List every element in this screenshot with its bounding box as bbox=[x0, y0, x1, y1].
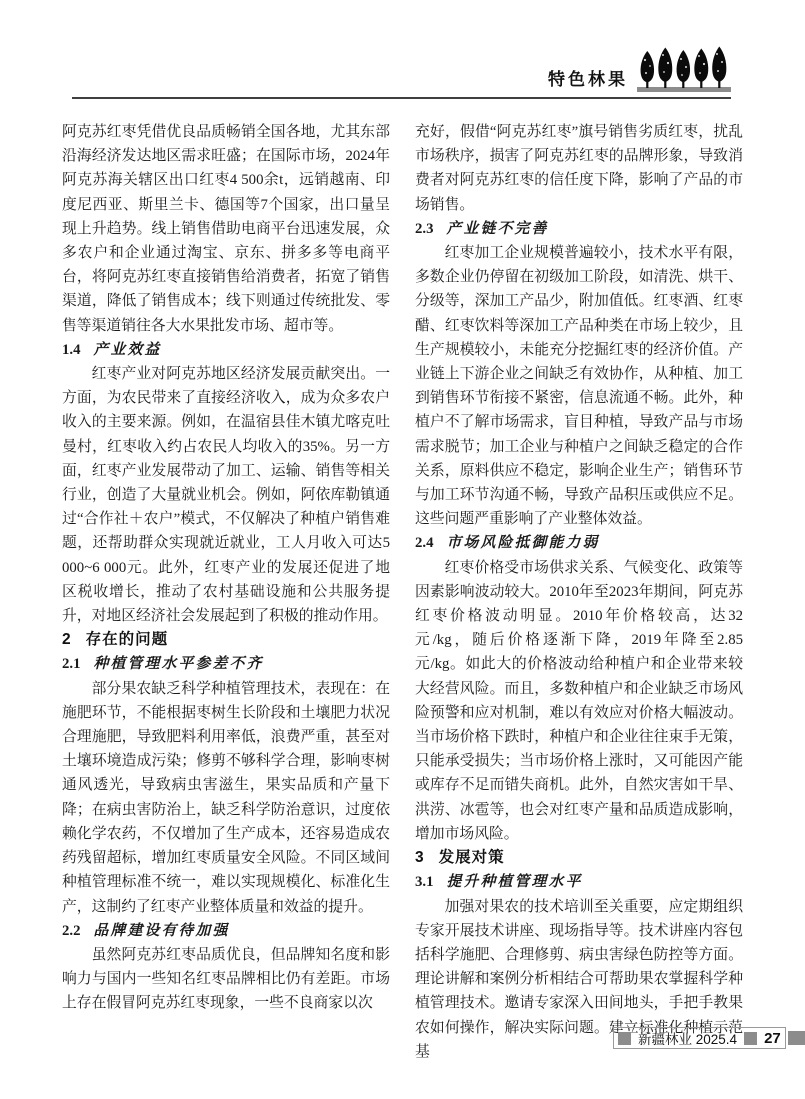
footer-box: 新疆林业 2025.4 27 bbox=[613, 1027, 786, 1049]
subsection-heading-2-1: 2.1种植管理水平参差不齐 bbox=[62, 652, 390, 676]
page-footer: 新疆林业 2025.4 27 bbox=[613, 1027, 805, 1049]
poplar-trees-icon bbox=[637, 46, 731, 93]
heading-title: 产业链不完善 bbox=[447, 221, 549, 237]
heading-number: 3 bbox=[415, 849, 424, 866]
subsection-heading-3-1: 3.1提升种植管理水平 bbox=[415, 870, 743, 894]
paragraph: 红枣产业对阿克苏地区经济发展贡献突出。一方面，为农民带来了直接经济收入，成为众多… bbox=[62, 362, 390, 628]
subsection-heading-1-4: 1.4产业效益 bbox=[62, 338, 390, 362]
heading-title: 产业效益 bbox=[94, 342, 162, 358]
section-heading-3: 3发展对策 bbox=[415, 846, 743, 870]
paragraph: 部分果农缺乏科学种植管理技术，表现在：在施肥环节，不能根据枣树生长阶段和土壤肥力… bbox=[62, 677, 390, 919]
paragraph: 充好，假借“阿克苏红枣”旗号销售劣质红枣，扰乱市场秩序，损害了阿克苏红枣的品牌形… bbox=[415, 120, 743, 217]
heading-number: 2.4 bbox=[415, 535, 434, 551]
subsection-heading-2-2: 2.2品牌建设有待加强 bbox=[62, 919, 390, 943]
paragraph: 虽然阿克苏红枣品质优良，但品牌知名度和影响力与国内一些知名红枣品牌相比仍有差距。… bbox=[62, 943, 390, 1016]
heading-title: 存在的问题 bbox=[86, 631, 169, 648]
page-header: 特色林果 bbox=[548, 46, 731, 93]
heading-title: 提升种植管理水平 bbox=[447, 874, 583, 890]
issue-number: 2025.4 bbox=[696, 1032, 737, 1047]
heading-number: 2 bbox=[62, 631, 71, 648]
heading-title: 发展对策 bbox=[439, 849, 505, 866]
heading-number: 1.4 bbox=[62, 342, 81, 358]
heading-number: 3.1 bbox=[415, 874, 434, 890]
subsection-heading-2-4: 2.4市场风险抵御能力弱 bbox=[415, 531, 743, 555]
section-heading-2: 2存在的问题 bbox=[62, 628, 390, 652]
heading-title: 市场风险抵御能力弱 bbox=[447, 535, 600, 551]
paragraph: 红枣加工企业规模普遍较小，技术水平有限，多数企业仍停留在初级加工阶段，如清洗、烘… bbox=[415, 241, 743, 531]
footer-bar bbox=[788, 1031, 805, 1045]
right-column: 充好，假借“阿克苏红枣”旗号销售劣质红枣，扰乱市场秩序，损害了阿克苏红枣的品牌形… bbox=[415, 120, 743, 1064]
page-number: 27 bbox=[764, 1030, 781, 1047]
heading-title: 种植管理水平参差不齐 bbox=[94, 656, 264, 672]
left-column: 阿克苏红枣凭借优良品质畅销全国各地，尤其东部沿海经济发达地区需求旺盛；在国际市场… bbox=[62, 120, 390, 1064]
footer-square-icon bbox=[744, 1032, 757, 1045]
section-label: 特色林果 bbox=[548, 65, 628, 93]
journal-name: 新疆林业 bbox=[638, 1032, 692, 1047]
subsection-heading-2-3: 2.3产业链不完善 bbox=[415, 217, 743, 241]
heading-number: 2.3 bbox=[415, 221, 434, 237]
paragraph: 阿克苏红枣凭借优良品质畅销全国各地，尤其东部沿海经济发达地区需求旺盛；在国际市场… bbox=[62, 120, 390, 338]
article-body: 阿克苏红枣凭借优良品质畅销全国各地，尤其东部沿海经济发达地区需求旺盛；在国际市场… bbox=[62, 120, 743, 1064]
header-rule bbox=[72, 97, 731, 99]
journal-name-and-issue: 新疆林业 2025.4 bbox=[638, 1028, 737, 1048]
footer-square-icon bbox=[618, 1032, 631, 1045]
paragraph: 红枣价格受市场供求关系、气候变化、政策等因素影响波动较大。2010年至2023年… bbox=[415, 556, 743, 846]
heading-title: 品牌建设有待加强 bbox=[94, 923, 230, 939]
heading-number: 2.1 bbox=[62, 656, 81, 672]
heading-number: 2.2 bbox=[62, 923, 81, 939]
magazine-page: 特色林果 bbox=[0, 0, 805, 1099]
